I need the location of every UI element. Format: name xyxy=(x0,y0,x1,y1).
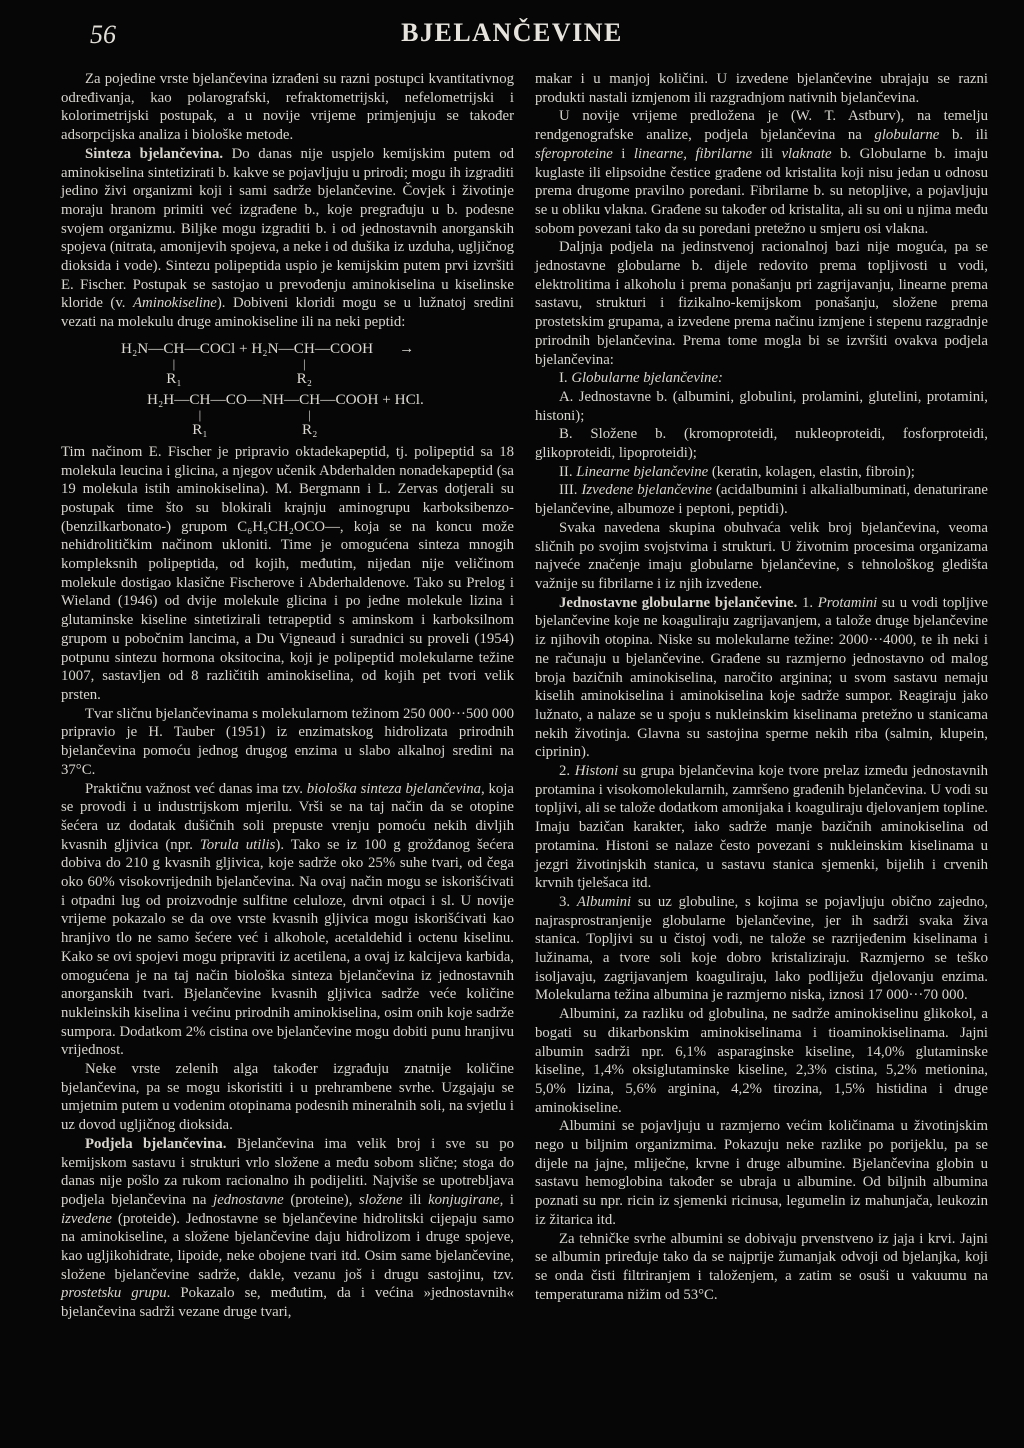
bond-bar: | xyxy=(199,409,202,421)
text-run: Albumini se pojavljuju u razmjerno većim… xyxy=(535,1118,988,1228)
text-run: globularne xyxy=(874,127,939,143)
text-run: izvedene xyxy=(61,1211,112,1227)
text-run: B. Složene b. (kromoproteidi, nukleoprot… xyxy=(535,426,988,461)
ch-atom: CH xyxy=(294,339,315,358)
r-substituent: R₂ xyxy=(297,370,312,387)
text-run: (proteine), xyxy=(284,1192,359,1208)
text-run: 2. xyxy=(559,763,575,779)
ch-atom: CH xyxy=(189,390,210,409)
text-run: Za tehničke svrhe albumini se dobivaju p… xyxy=(535,1231,988,1303)
text-run: i xyxy=(613,146,634,162)
paragraph: A. Jednostavne b. (albumini, globulini, … xyxy=(535,388,988,425)
text-run: prostetsku grupu xyxy=(61,1285,167,1301)
paragraph: Za tehničke svrhe albumini se dobivaju p… xyxy=(535,1230,988,1305)
paragraph: Sinteza bjelančevina. Do danas nije uspj… xyxy=(61,145,514,332)
paragraph: Albumini, za razliku od globulina, ne sa… xyxy=(535,1005,988,1117)
text-run: su u vodi topljive bjelančevine koje ne … xyxy=(535,595,988,761)
ch-group: CH|R₁ xyxy=(189,390,210,438)
bond-bar: | xyxy=(173,358,176,370)
paragraph: Neke vrste zelenih alga također izgrađuj… xyxy=(61,1060,514,1135)
chemical-equation: H₂N—CH|R₁—COCl + H₂N—CH|R₂—COOH→H₂H—CH|R… xyxy=(61,332,514,443)
text-run: linearne, fibrilarne xyxy=(634,146,752,162)
text-run: Aminokiseline xyxy=(133,295,217,311)
text-run: b. ili xyxy=(939,127,988,143)
text-run: sferoproteine xyxy=(535,146,613,162)
formula-fragment: —CO—NH— xyxy=(211,390,300,409)
text-run: vlaknate xyxy=(781,146,831,162)
paragraph: Tim načinom E. Fischer je pripravio okta… xyxy=(61,443,514,705)
text-run: (proteide). Jednostavne se bjelančevine … xyxy=(61,1211,514,1283)
paragraph: Za pojedine vrste bjelančevina izrađeni … xyxy=(61,70,514,145)
paragraph: II. Linearne bjelančevine (keratin, kola… xyxy=(535,463,988,482)
text-run: ). Tako se iz 100 g grožđanog šećera dob… xyxy=(61,837,514,1059)
text-run: 3. xyxy=(559,894,577,910)
r-substituent: R₁ xyxy=(166,370,181,387)
text-run: Daljnja podjela na jedinstvenoj racional… xyxy=(535,239,988,367)
text-run: III. xyxy=(559,482,581,498)
ch-group: CH|R₂ xyxy=(294,339,315,387)
bond-bar: | xyxy=(303,358,306,370)
text-run: Izvedene bjelančevine xyxy=(581,482,712,498)
paragraph: U novije vrijeme predložena je (W. T. As… xyxy=(535,107,988,238)
paragraph: 2. Histoni su grupa bjelančevina koje tv… xyxy=(535,762,988,893)
formula-fragment: H₂N— xyxy=(121,339,163,358)
equation-row: H₂N—CH|R₁—COCl + H₂N—CH|R₂—COOH→ xyxy=(61,339,514,387)
text-columns: Za pojedine vrste bjelančevina izrađeni … xyxy=(0,68,1024,1322)
paragraph: I. Globularne bjelančevine: xyxy=(535,369,988,388)
paragraph: Albumini se pojavljuju u razmjerno većim… xyxy=(535,1117,988,1229)
formula-fragment: —COOH xyxy=(315,339,373,358)
formula-fragment: —COCl + xyxy=(185,339,252,358)
text-run: Histoni xyxy=(575,763,619,779)
text-run: Globularne bjelančevine: xyxy=(571,370,723,386)
text-run: Tim načinom E. Fischer je pripravio okta… xyxy=(61,444,514,703)
paragraph: Daljnja podjela na jedinstvenoj racional… xyxy=(535,238,988,369)
ch-group: CH|R₁ xyxy=(163,339,184,387)
text-run: složene xyxy=(359,1192,403,1208)
ch-atom: CH xyxy=(299,390,320,409)
paragraph: Praktičnu važnost već danas ima tzv. bio… xyxy=(61,780,514,1061)
left-column: Za pojedine vrste bjelančevina izrađeni … xyxy=(61,70,514,1322)
paragraph: Podjela bjelančevina. Bjelančevina ima v… xyxy=(61,1135,514,1322)
text-run: Albumini, za razliku od globulina, ne sa… xyxy=(535,1006,988,1116)
paragraph: 3. Albumini su uz globuline, s kojima se… xyxy=(535,893,988,1005)
paragraph: Svaka navedena skupina obuhvaća velik br… xyxy=(535,519,988,594)
text-run: Neke vrste zelenih alga također izgrađuj… xyxy=(61,1061,514,1133)
formula-fragment: —COOH + HCl. xyxy=(320,390,424,409)
r-substituent: R₂ xyxy=(302,421,317,438)
text-run: A. Jednostavne b. (albumini, globulini, … xyxy=(535,389,988,424)
paragraph: B. Složene b. (kromoproteidi, nukleoprot… xyxy=(535,425,988,462)
r-substituent: R₁ xyxy=(192,421,207,438)
text-run: Sinteza bjelančevina. xyxy=(85,146,223,162)
text-run: , i xyxy=(500,1192,514,1208)
text-run: Albumini xyxy=(577,894,631,910)
text-run: jednostavne xyxy=(213,1192,284,1208)
paragraph: makar i u manjoj količini. U izvedene bj… xyxy=(535,70,988,107)
formula-fragment: H₂N— xyxy=(251,339,293,358)
text-run: ili xyxy=(752,146,781,162)
text-run: Protamini xyxy=(818,595,877,611)
text-run: 1. xyxy=(797,595,817,611)
text-run: I. xyxy=(559,370,571,386)
bond-bar: | xyxy=(308,409,311,421)
text-run: Jednostavne globularne bjelančevine. xyxy=(559,595,797,611)
paragraph: Jednostavne globularne bjelančevine. 1. … xyxy=(535,594,988,762)
text-run: su uz globuline, s kojima se pojavljuju … xyxy=(535,894,988,1004)
text-run: su grupa bjelančevina koje tvore prelaz … xyxy=(535,763,988,891)
document-page: 56 BJELANČEVINE Za pojedine vrste bjelan… xyxy=(0,0,1024,1448)
reaction-arrow: → xyxy=(399,339,414,358)
paragraph: III. Izvedene bjelančevine (acidalbumini… xyxy=(535,481,988,518)
text-run: Torula utilis xyxy=(200,837,276,853)
right-column: makar i u manjoj količini. U izvedene bj… xyxy=(535,70,988,1322)
text-run: Podjela bjelančevina. xyxy=(85,1136,226,1152)
text-run: biološka sinteza bjelančevina xyxy=(307,781,481,797)
paragraph: Tvar sličnu bjelančevinama s molekularno… xyxy=(61,705,514,780)
equation-row: H₂H—CH|R₁—CO—NH—CH|R₂—COOH + HCl. xyxy=(61,390,514,438)
text-run: (keratin, kolagen, elastin, fibroin); xyxy=(708,464,915,480)
text-run: Do danas nije uspjelo kemijskim putem od… xyxy=(61,146,514,312)
page-header: 56 BJELANČEVINE xyxy=(0,0,1024,68)
text-run: Za pojedine vrste bjelančevina izrađeni … xyxy=(61,71,514,143)
formula-fragment: H₂H— xyxy=(147,390,189,409)
text-run: Svaka navedena skupina obuhvaća velik br… xyxy=(535,520,988,592)
text-run: ili xyxy=(403,1192,429,1208)
text-run: makar i u manjoj količini. U izvedene bj… xyxy=(535,71,988,106)
text-run: konjugirane xyxy=(428,1192,500,1208)
ch-atom: CH xyxy=(163,339,184,358)
page-title: BJELANČEVINE xyxy=(0,18,1024,48)
text-run: II. xyxy=(559,464,576,480)
text-run: Linearne bjelančevine xyxy=(576,464,708,480)
ch-group: CH|R₂ xyxy=(299,390,320,438)
text-run: Tvar sličnu bjelančevinama s molekularno… xyxy=(61,706,514,778)
text-run: Praktičnu važnost već danas ima tzv. xyxy=(85,781,307,797)
